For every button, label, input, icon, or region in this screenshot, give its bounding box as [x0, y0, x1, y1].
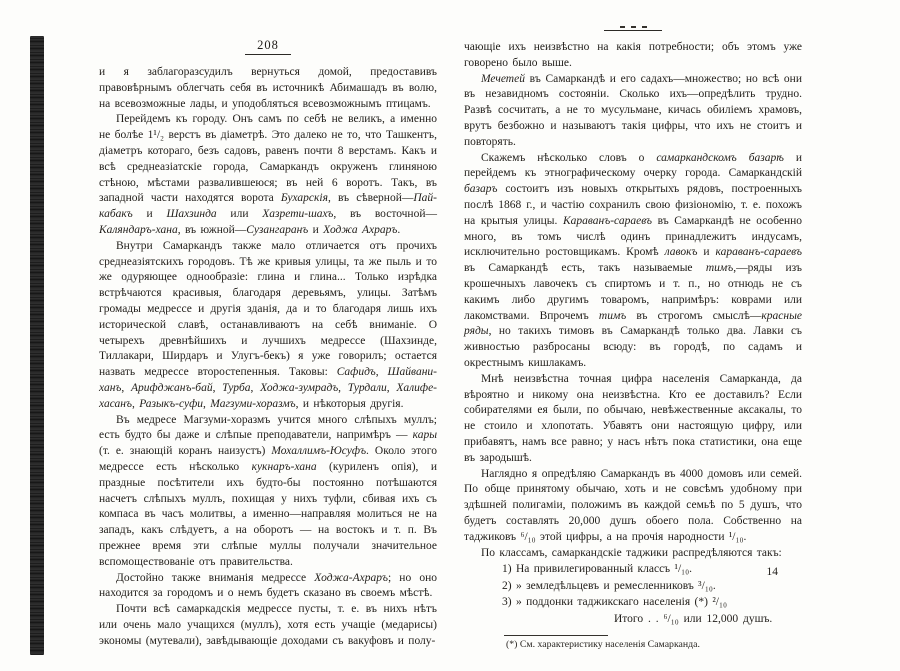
footnote-rule [504, 635, 608, 636]
footnote: (*) См. характеристику населенія Самарка… [506, 639, 802, 651]
paragraph-left-6: Почти всѣ самаркадскія медрессе пусты, т… [99, 602, 437, 649]
paragraph-right-3: Скажемъ нѣсколько словъ о самаркандскомъ… [464, 151, 802, 372]
page-number-rule [604, 30, 662, 31]
book-page-edges [30, 36, 44, 655]
paragraph-left-2: Перейдемъ къ городу. Онъ самъ по себѣ не… [99, 112, 437, 238]
paragraph-right-4: Мнѣ неизвѣстна точная цифра населенія Са… [464, 372, 802, 467]
paragraph-right-5: Наглядно я опредѣляю Самаркандъ въ 4000 … [464, 467, 802, 546]
total-line: Итого . . ⁶/₁₀ или 12,000 душъ. [614, 611, 802, 627]
right-page-number-cropped [464, 26, 802, 28]
right-page: чающіе ихъ неизвѣстно на какія потребнос… [464, 22, 802, 662]
paragraph-right-6: По классамъ, самаркандскіе таджики распр… [464, 546, 802, 562]
list-item: 1) На привилегированный классъ ¹/₁₀. [502, 561, 802, 577]
list-item: 3) » поддонки таджикскаго населенія (*) … [502, 594, 802, 610]
paragraph-left-3: Внутри Самаркандъ также мало отличается … [99, 239, 437, 413]
paragraph-left-5: Достойно также вниманія медрессе Ходжа-А… [99, 571, 437, 603]
left-page: 208 и я заблагоразсудилъ вернуться домой… [99, 38, 437, 649]
paragraph-right-1: чающіе ихъ неизвѣстно на какія потребнос… [464, 40, 802, 72]
list-item: 2) » земледѣльцевъ и ремесленниковъ ³/₁₀… [502, 578, 802, 594]
paragraph-left-1: и я заблагоразсудилъ вернуться домой, пр… [99, 65, 437, 112]
sheet-number: 14 [767, 566, 779, 578]
tajik-class-list: 1) На привилегированный классъ ¹/₁₀. 2) … [502, 561, 802, 610]
paragraph-left-4: Въ медресе Магзуми-хоразмъ учится много … [99, 413, 437, 571]
paragraph-right-2: Мечетей въ Самаркандѣ и его садахъ—множе… [464, 72, 802, 151]
left-page-number: 208 [99, 38, 437, 55]
